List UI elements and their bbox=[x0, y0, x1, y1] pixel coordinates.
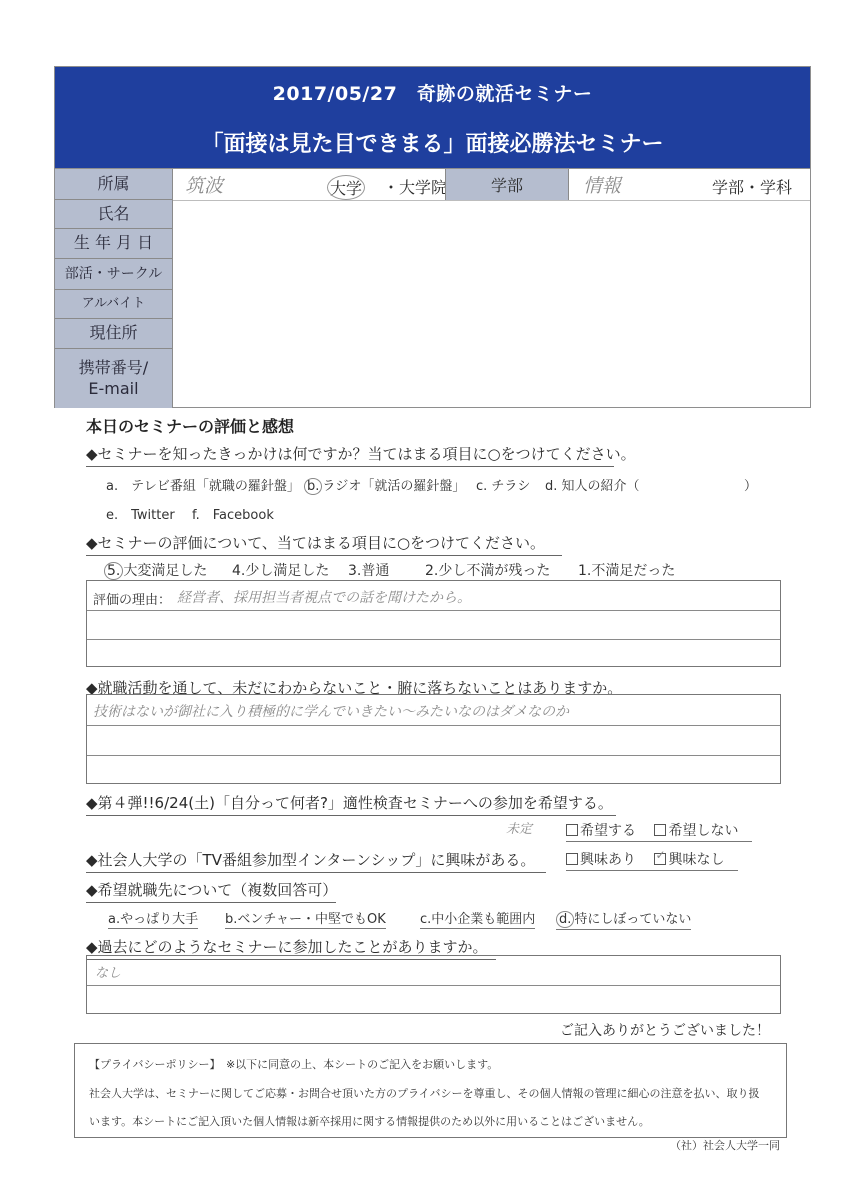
contact-label: 携帯番号/ E-mail bbox=[55, 349, 173, 408]
seminar-title: 「面接は見た目できまる」面接必勝法セミナー bbox=[55, 127, 810, 158]
parttime-job-label: アルバイト bbox=[55, 290, 173, 319]
q2-option-4[interactable]: 4.少し満足した bbox=[232, 560, 329, 580]
q6-option-b[interactable]: b.ベンチャー・中堅でもOK bbox=[225, 908, 386, 929]
q3-answer[interactable]: 技術はないが御社に入り積極的に学んでいきたい〜みたいなのはダメなのか bbox=[93, 701, 569, 721]
q2-option-2[interactable]: 2.少し不満が残った bbox=[425, 560, 550, 580]
q1-option-e[interactable]: e. Twitter bbox=[106, 504, 175, 523]
personal-info-table: 所属 筑波 大学 大学・大学院 ・大学院 学部 情報 学部・学科 氏名 生 年 … bbox=[54, 169, 811, 408]
q1-option-a[interactable]: a. テレビ番組「就職の羅針盤」 bbox=[106, 475, 300, 494]
address-label: 現住所 bbox=[55, 319, 173, 349]
q4-option-yes-label: 希望する bbox=[580, 823, 636, 839]
q4-checkbox-no[interactable] bbox=[654, 824, 666, 836]
q6-option-a[interactable]: a.やっぱり大手 bbox=[108, 908, 198, 929]
q2-option-5-circle: 5. bbox=[104, 562, 123, 580]
survey-title: 本日のセミナーの評価と感想 bbox=[86, 414, 294, 437]
q4-option-no[interactable]: 希望しない bbox=[654, 823, 738, 839]
q2-reason-answer[interactable]: 経営者、採用担当者視点での話を聞けたから。 bbox=[177, 587, 471, 607]
q6-job-preference-question: ◆希望就職先について（複数回答可） bbox=[86, 879, 336, 903]
affiliation-label: 所属 bbox=[55, 169, 173, 200]
q2-option-5[interactable]: 5.大変満足した bbox=[104, 560, 207, 580]
q1-option-b-label: ラジオ「就活の羅針盤」 bbox=[322, 479, 465, 494]
q1-option-c[interactable]: c. チラシ bbox=[476, 475, 530, 494]
q6-option-d-circle: d. bbox=[556, 911, 574, 928]
signature: （社）社会人大学一同 bbox=[670, 1137, 780, 1153]
q4-aptitude-seminar-question: ◆第４弾!!6/24(土)「自分って何者?」適性検査セミナーへの参加を希望する。 bbox=[86, 792, 616, 816]
q4-option-no-label: 希望しない bbox=[668, 823, 738, 839]
privacy-heading: 【プライバシーポリシー】 ※以下に同意の上、本シートのご記入をお願いします。 bbox=[89, 1056, 498, 1072]
q5-option-yes[interactable]: 興味あり bbox=[566, 852, 636, 868]
q5-option-no-label: 興味なし bbox=[668, 852, 724, 868]
q2-reason-label: 評価の理由： bbox=[93, 589, 171, 608]
q1-option-b[interactable]: b.ラジオ「就活の羅針盤」 bbox=[304, 475, 465, 495]
q2-rating-question: ◆セミナーの評価について、当てはまる項目に○をつけてください。 bbox=[86, 532, 562, 556]
privacy-text-2: います。本シートにご記入頂いた個人情報は新卒採用に関する情報提供のため以外に用い… bbox=[89, 1113, 650, 1129]
q4-options: 希望する 希望しない bbox=[566, 820, 752, 842]
privacy-text-1: 社会人大学は、セミナーに関してご応募・お問合せ頂いた方のプライバシーを尊重し、そ… bbox=[89, 1085, 759, 1101]
q5-option-yes-label: 興味あり bbox=[580, 852, 636, 868]
q2-option-5-label: 大変満足した bbox=[123, 563, 207, 579]
club-label: 部活・サークル bbox=[55, 259, 173, 290]
q1-option-d-close: ） bbox=[744, 475, 757, 494]
q2-option-1[interactable]: 1.不満足だった bbox=[578, 560, 675, 580]
q6-option-d[interactable]: d.特にしぼっていない bbox=[556, 908, 691, 930]
privacy-policy-box: 【プライバシーポリシー】 ※以下に同意の上、本シートのご記入をお願いします。 社… bbox=[74, 1043, 787, 1138]
q1-option-b-circle: b. bbox=[304, 478, 322, 495]
q2-option-3[interactable]: 3.普通 bbox=[348, 560, 389, 580]
q2-reason-box[interactable]: 評価の理由： 経営者、採用担当者視点での話を聞けたから。 bbox=[86, 580, 781, 667]
q3-answer-box[interactable]: 技術はないが御社に入り積極的に学んでいきたい〜みたいなのはダメなのか bbox=[86, 694, 781, 784]
q5-checkbox-yes[interactable] bbox=[566, 853, 578, 865]
q4-note: 未定 bbox=[506, 818, 532, 837]
q5-option-no[interactable]: 興味なし bbox=[654, 852, 724, 868]
q1-option-d[interactable]: d. 知人の紹介（ bbox=[545, 475, 640, 494]
seminar-date-title: 2017/05/27 奇跡の就活セミナー bbox=[55, 79, 810, 106]
q1-option-f[interactable]: f. Facebook bbox=[192, 504, 274, 523]
q6-option-c[interactable]: c.中小企業も範囲内 bbox=[420, 908, 535, 929]
q4-option-yes[interactable]: 希望する bbox=[566, 823, 636, 839]
q5-checkbox-no[interactable] bbox=[654, 853, 666, 865]
q1-source-question: ◆セミナーを知ったきっかけは何ですか？当てはまる項目に○をつけてください。 bbox=[86, 443, 614, 467]
name-label: 氏名 bbox=[55, 200, 173, 229]
q6-option-d-label: 特にしぼっていない bbox=[574, 912, 691, 927]
q5-internship-question: ◆社会人大学の「TV番組参加型インターンシップ」に興味がある。 bbox=[86, 849, 546, 873]
birthdate-label: 生 年 月 日 bbox=[55, 229, 173, 259]
q4-checkbox-yes[interactable] bbox=[566, 824, 578, 836]
form-header: 2017/05/27 奇跡の就活セミナー 「面接は見た目できまる」面接必勝法セミ… bbox=[54, 66, 811, 169]
redacted-info-area[interactable] bbox=[175, 201, 808, 406]
q5-options: 興味あり 興味なし bbox=[566, 849, 738, 871]
thanks-message: ご記入ありがとうございました！ bbox=[560, 1020, 770, 1040]
q7-answer[interactable]: なし bbox=[95, 962, 121, 981]
q7-answer-box[interactable]: なし bbox=[86, 955, 781, 1014]
